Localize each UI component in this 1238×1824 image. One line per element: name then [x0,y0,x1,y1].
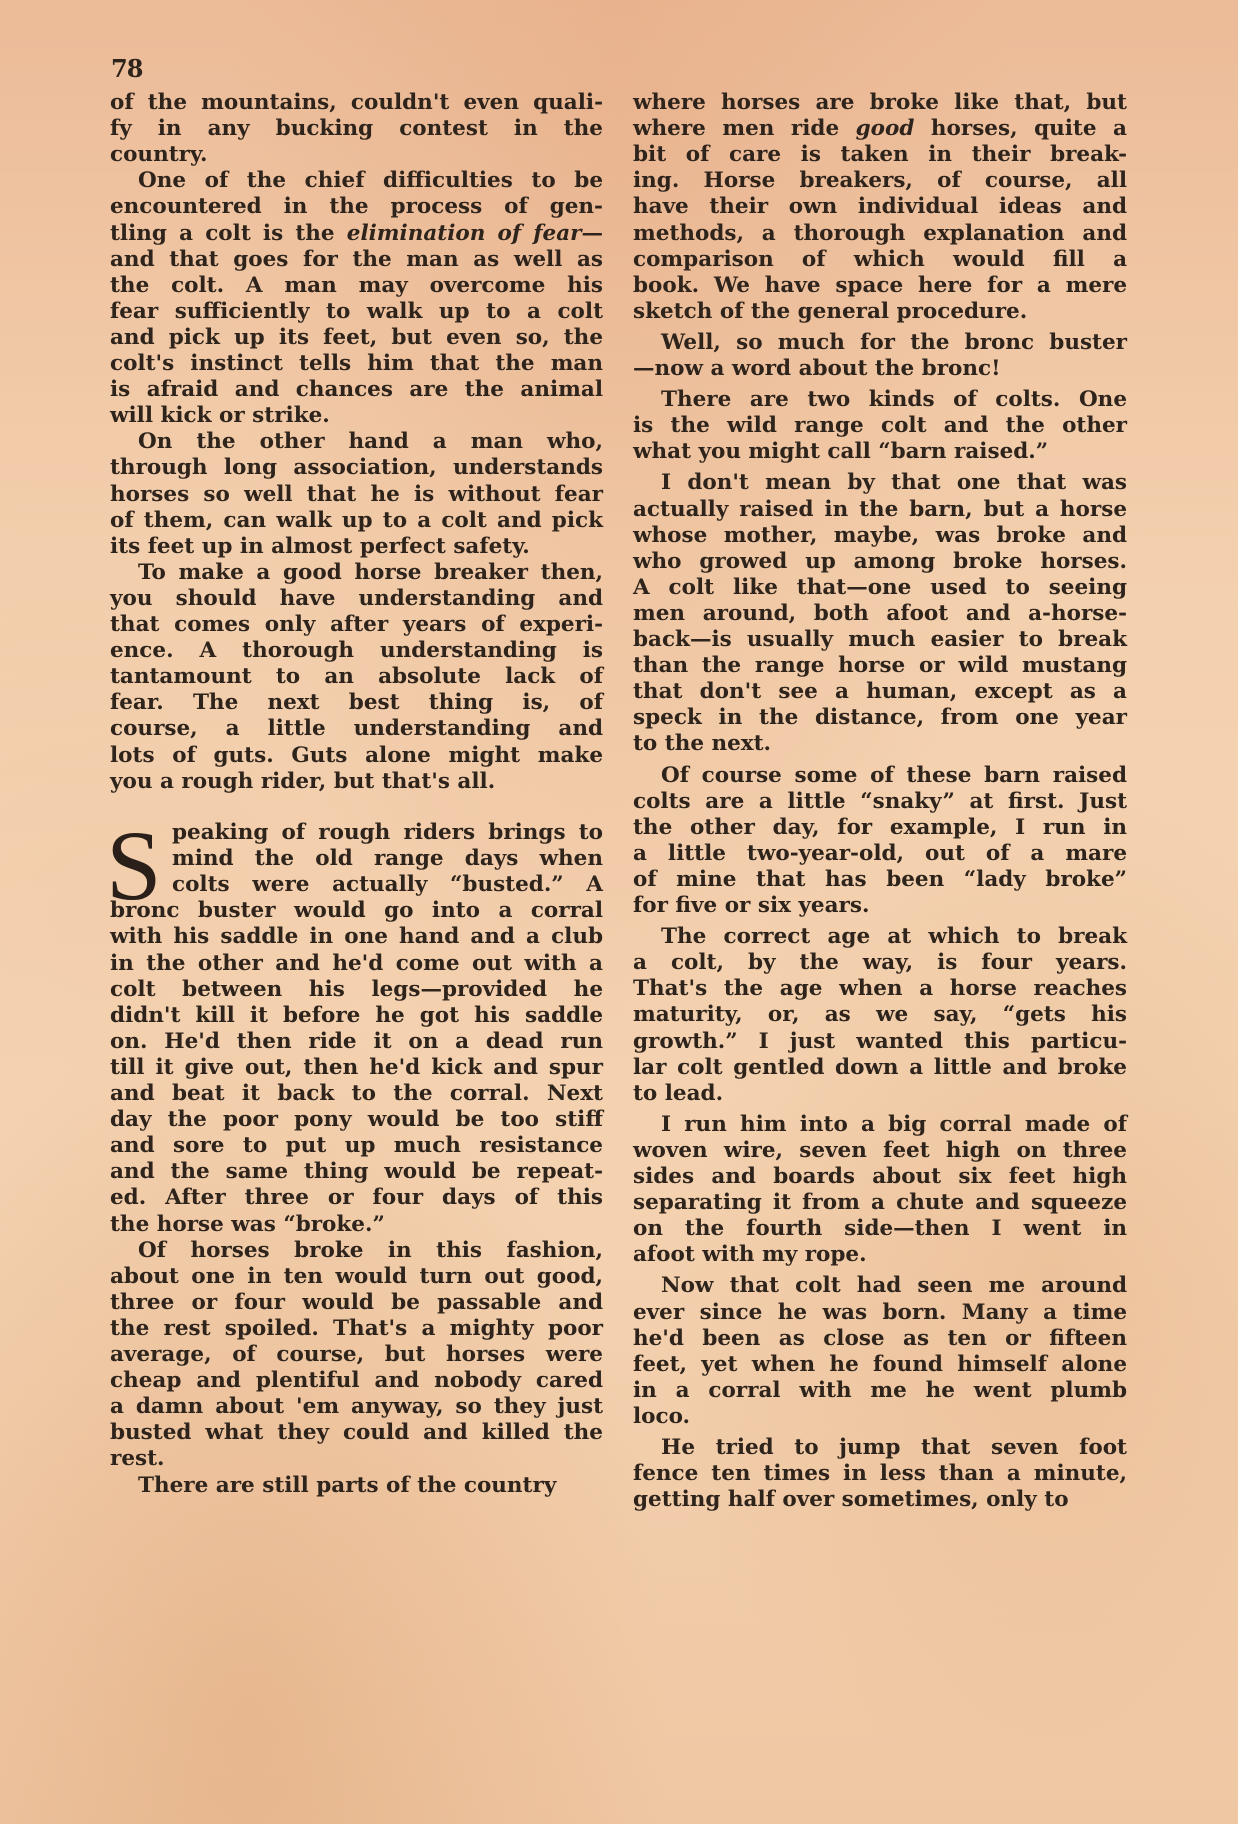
text-line: —now a word about the bronc! [633,354,1127,384]
italic-emphasis: good [856,116,915,141]
italic-emphasis: elimination of fear [347,221,582,246]
text-line: sketch of the general procedure. [633,297,1127,327]
text-line: to the next. [633,729,1127,759]
text-line: There are still parts of the country [110,1471,603,1501]
text-line: getting half over sometimes, only to [633,1485,1127,1515]
text-line: for five or six years. [633,891,1127,921]
page-number: 78 [111,54,142,83]
text-line: to lead. [633,1079,1127,1109]
text-line: what you might call “barn raised.” [633,437,1127,467]
text-line: afoot with my rope. [633,1240,1127,1270]
text-line: you a rough rider, but that's all. [110,767,603,797]
text-line: loco. [633,1402,1127,1432]
